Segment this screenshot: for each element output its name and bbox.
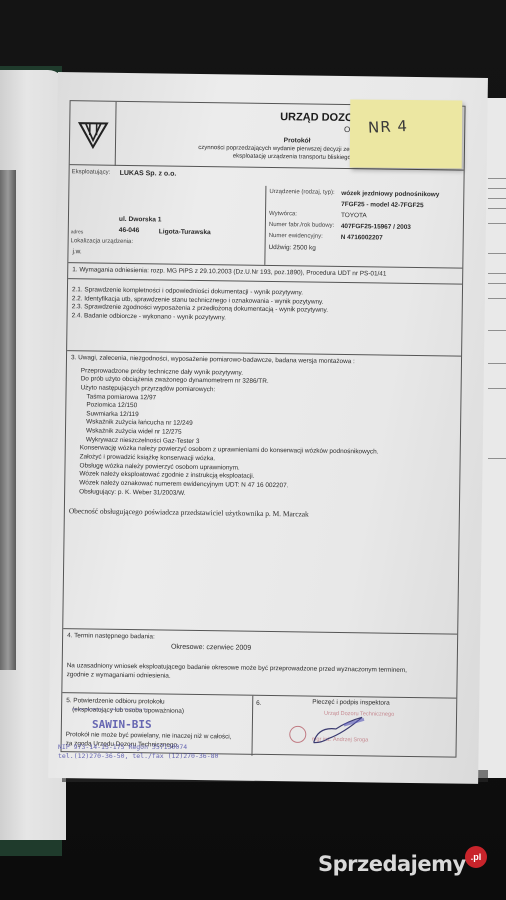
registry-label: Numer ewidencyjny: [269,232,323,241]
inspector-heading: Pieczęć i podpis inspektora [312,699,390,709]
address-label: adres [71,229,84,236]
location-value: j.w. [72,248,81,257]
operator-street: ul. Dworska 1 [119,216,162,225]
watermark-brand: Sprzedajemy [318,852,466,876]
device-type-value: wózek jezdniowy podnośnikowy [341,190,439,200]
location-label: Lokalizacja urządzenia: [71,237,133,246]
capacity: Udźwig: 2500 kg [268,244,315,253]
operator-postcode: 46-046 [119,227,140,236]
serial-value: 407FGF25-15967 / 2003 [341,223,411,233]
company-stamp-name: SAWIN-BIS [92,718,152,731]
watermark-badge: .pl [465,846,487,868]
operator-name: LUKAS Sp. z o.o. [120,169,177,179]
device-type-label: Urządzenie (rodzaj, typ): [269,188,334,197]
section-3-remarks: 3. Uwagi, zalecenia, niezgodności, wypos… [63,351,461,634]
company-stamp-nip: NIP 973-14-15-175 Regon 357130074 [58,743,187,751]
serial-label: Numer fabr./rok budowy: [269,221,334,230]
udt-logo-icon [75,116,109,150]
operator-city: Ligota-Turawska [159,228,211,238]
inspector-signature [284,712,394,750]
section-6-number: 6. [256,700,261,709]
binder-ring [0,170,16,670]
company-stamp-phone: tel.(12)270-36-50, tel./fax (12)270-36-8… [58,752,218,760]
udt-logo [70,101,117,166]
manufacturer-label: Wytwórca: [269,210,297,218]
typed-note: Obecność obsługującego poświadcza przeds… [69,506,455,521]
section-2-checks: 2.1. Sprawdzenie kompletności i odpowied… [67,279,462,356]
section-4-next-inspection: 4. Termin następnego badania: Okresowe: … [62,629,457,698]
operator-label: Eksploatujący: [72,168,111,177]
protocol-form: URZĄD DOZORU TECHNICZNEGO Oddział w Krak… [61,100,466,757]
sticky-note-text: NR 4 [368,117,409,137]
registry-value: N 4716002207 [341,234,383,243]
operator-signature: ~~~~~ ~~~~~~ [72,705,149,715]
device-model-value: 7FGF25 - model 42-7FGF25 [341,201,424,211]
operator-device-row: Eksploatujący: LUKAS Sp. z o.o. ul. Dwor… [68,165,463,268]
sticky-note: NR 4 [350,100,463,169]
requirements-text: 1. Wymagania odniesienia: rozp. MG PiPS … [72,266,386,277]
protocol-page: URZĄD DOZORU TECHNICZNEGO Oddział w Krak… [48,72,488,784]
manufacturer-value: TOYOTA [341,212,367,221]
remarks-heading: 3. Uwagi, zalecenia, niezgodności, wypos… [71,354,457,368]
